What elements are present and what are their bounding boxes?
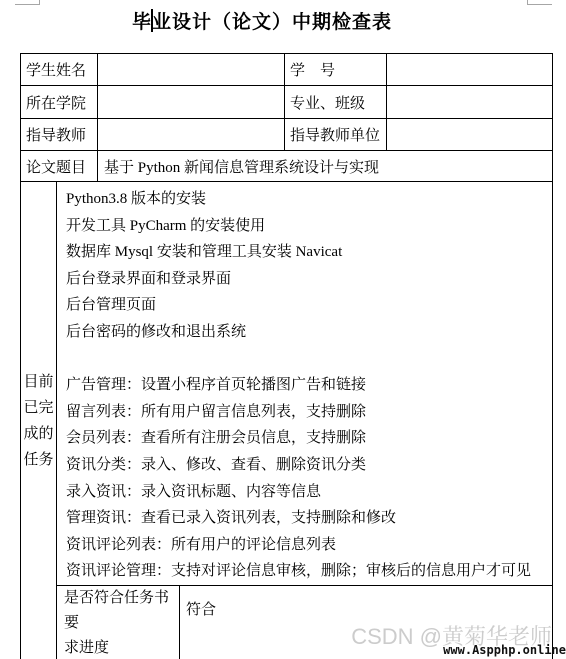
task-line xyxy=(66,346,552,373)
document-page: { "title": "毕业设计（论文）中期检查表", "fields": { … xyxy=(0,0,566,659)
row-advisor: 指导教师 指导教师单位 xyxy=(21,119,553,151)
task-line: 资讯分类：录入、修改、查看、删除资讯分类 xyxy=(66,452,552,479)
task-line: 留言列表：所有用户留言信息列表，支持删除 xyxy=(66,399,552,426)
page-margin-mark-left xyxy=(15,0,40,5)
advisor-unit-value-cell[interactable] xyxy=(387,119,553,151)
student-name-value-cell[interactable] xyxy=(98,54,285,86)
major-class-label: 专业、班级 xyxy=(285,86,387,119)
thesis-title-label: 论文题目 xyxy=(21,151,98,182)
url-watermark: www.Aspphp.online xyxy=(443,643,566,657)
page-margin-mark-right xyxy=(527,0,552,5)
row-college: 所在学院 专业、班级 xyxy=(21,86,553,119)
task-line: Python3.8 版本的安装 xyxy=(66,186,552,213)
task-line: 后台登录界面和登录界面 xyxy=(66,266,552,293)
midterm-check-form-table: 学生姓名 学 号 所在学院 专业、班级 指导教师 指导教师单位 论文题目 基于 … xyxy=(20,53,553,659)
row-thesis-title: 论文题目 基于 Python 新闻信息管理系统设计与实现 xyxy=(21,151,553,182)
task-line: 后台密码的修改和退出系统 xyxy=(66,319,552,346)
task-line: 资讯评论管理：支持对评论信息审核，删除；审核后的信息用户才可见 xyxy=(66,558,552,585)
student-id-value-cell[interactable] xyxy=(387,54,553,86)
student-name-label: 学生姓名 xyxy=(21,54,98,86)
college-label: 所在学院 xyxy=(21,86,98,119)
advisor-label: 指导教师 xyxy=(21,119,98,151)
advisor-unit-label: 指导教师单位 xyxy=(285,119,387,151)
task-line: 资讯评论列表：所有用户的评论信息列表 xyxy=(66,532,552,559)
page-title: 毕业设计（论文）中期检查表 xyxy=(0,7,545,34)
thesis-title-value-cell[interactable]: 基于 Python 新闻信息管理系统设计与实现 xyxy=(98,151,553,182)
completed-tasks-label: 目前 已完 成的 任务 xyxy=(21,182,57,659)
college-value-cell[interactable] xyxy=(98,86,285,119)
task-line: 会员列表：查看所有注册会员信息，支持删除 xyxy=(66,425,552,452)
task-line: 管理资讯：查看已录入资讯列表，支持删除和修改 xyxy=(66,505,552,532)
completed-tasks-list[interactable]: Python3.8 版本的安装开发工具 PyCharm 的安装使用数据库 Mys… xyxy=(57,182,553,586)
task-line: 数据库 Mysql 安装和管理工具安装 Navicat xyxy=(66,239,552,266)
task-line: 广告管理：设置小程序首页轮播图广告和链接 xyxy=(66,372,552,399)
task-line: 录入资讯：录入资讯标题、内容等信息 xyxy=(66,479,552,506)
task-line: 开发工具 PyCharm 的安装使用 xyxy=(66,213,552,240)
student-id-label: 学 号 xyxy=(285,54,387,86)
advisor-value-cell[interactable] xyxy=(98,119,285,151)
major-class-value-cell[interactable] xyxy=(387,86,553,119)
row-completed-tasks: 目前 已完 成的 任务 Python3.8 版本的安装开发工具 PyCharm … xyxy=(21,182,553,586)
row-student: 学生姓名 学 号 xyxy=(21,54,553,86)
task-line: 后台管理页面 xyxy=(66,292,552,319)
progress-label: 是否符合任务书要 求进度 xyxy=(57,585,180,659)
